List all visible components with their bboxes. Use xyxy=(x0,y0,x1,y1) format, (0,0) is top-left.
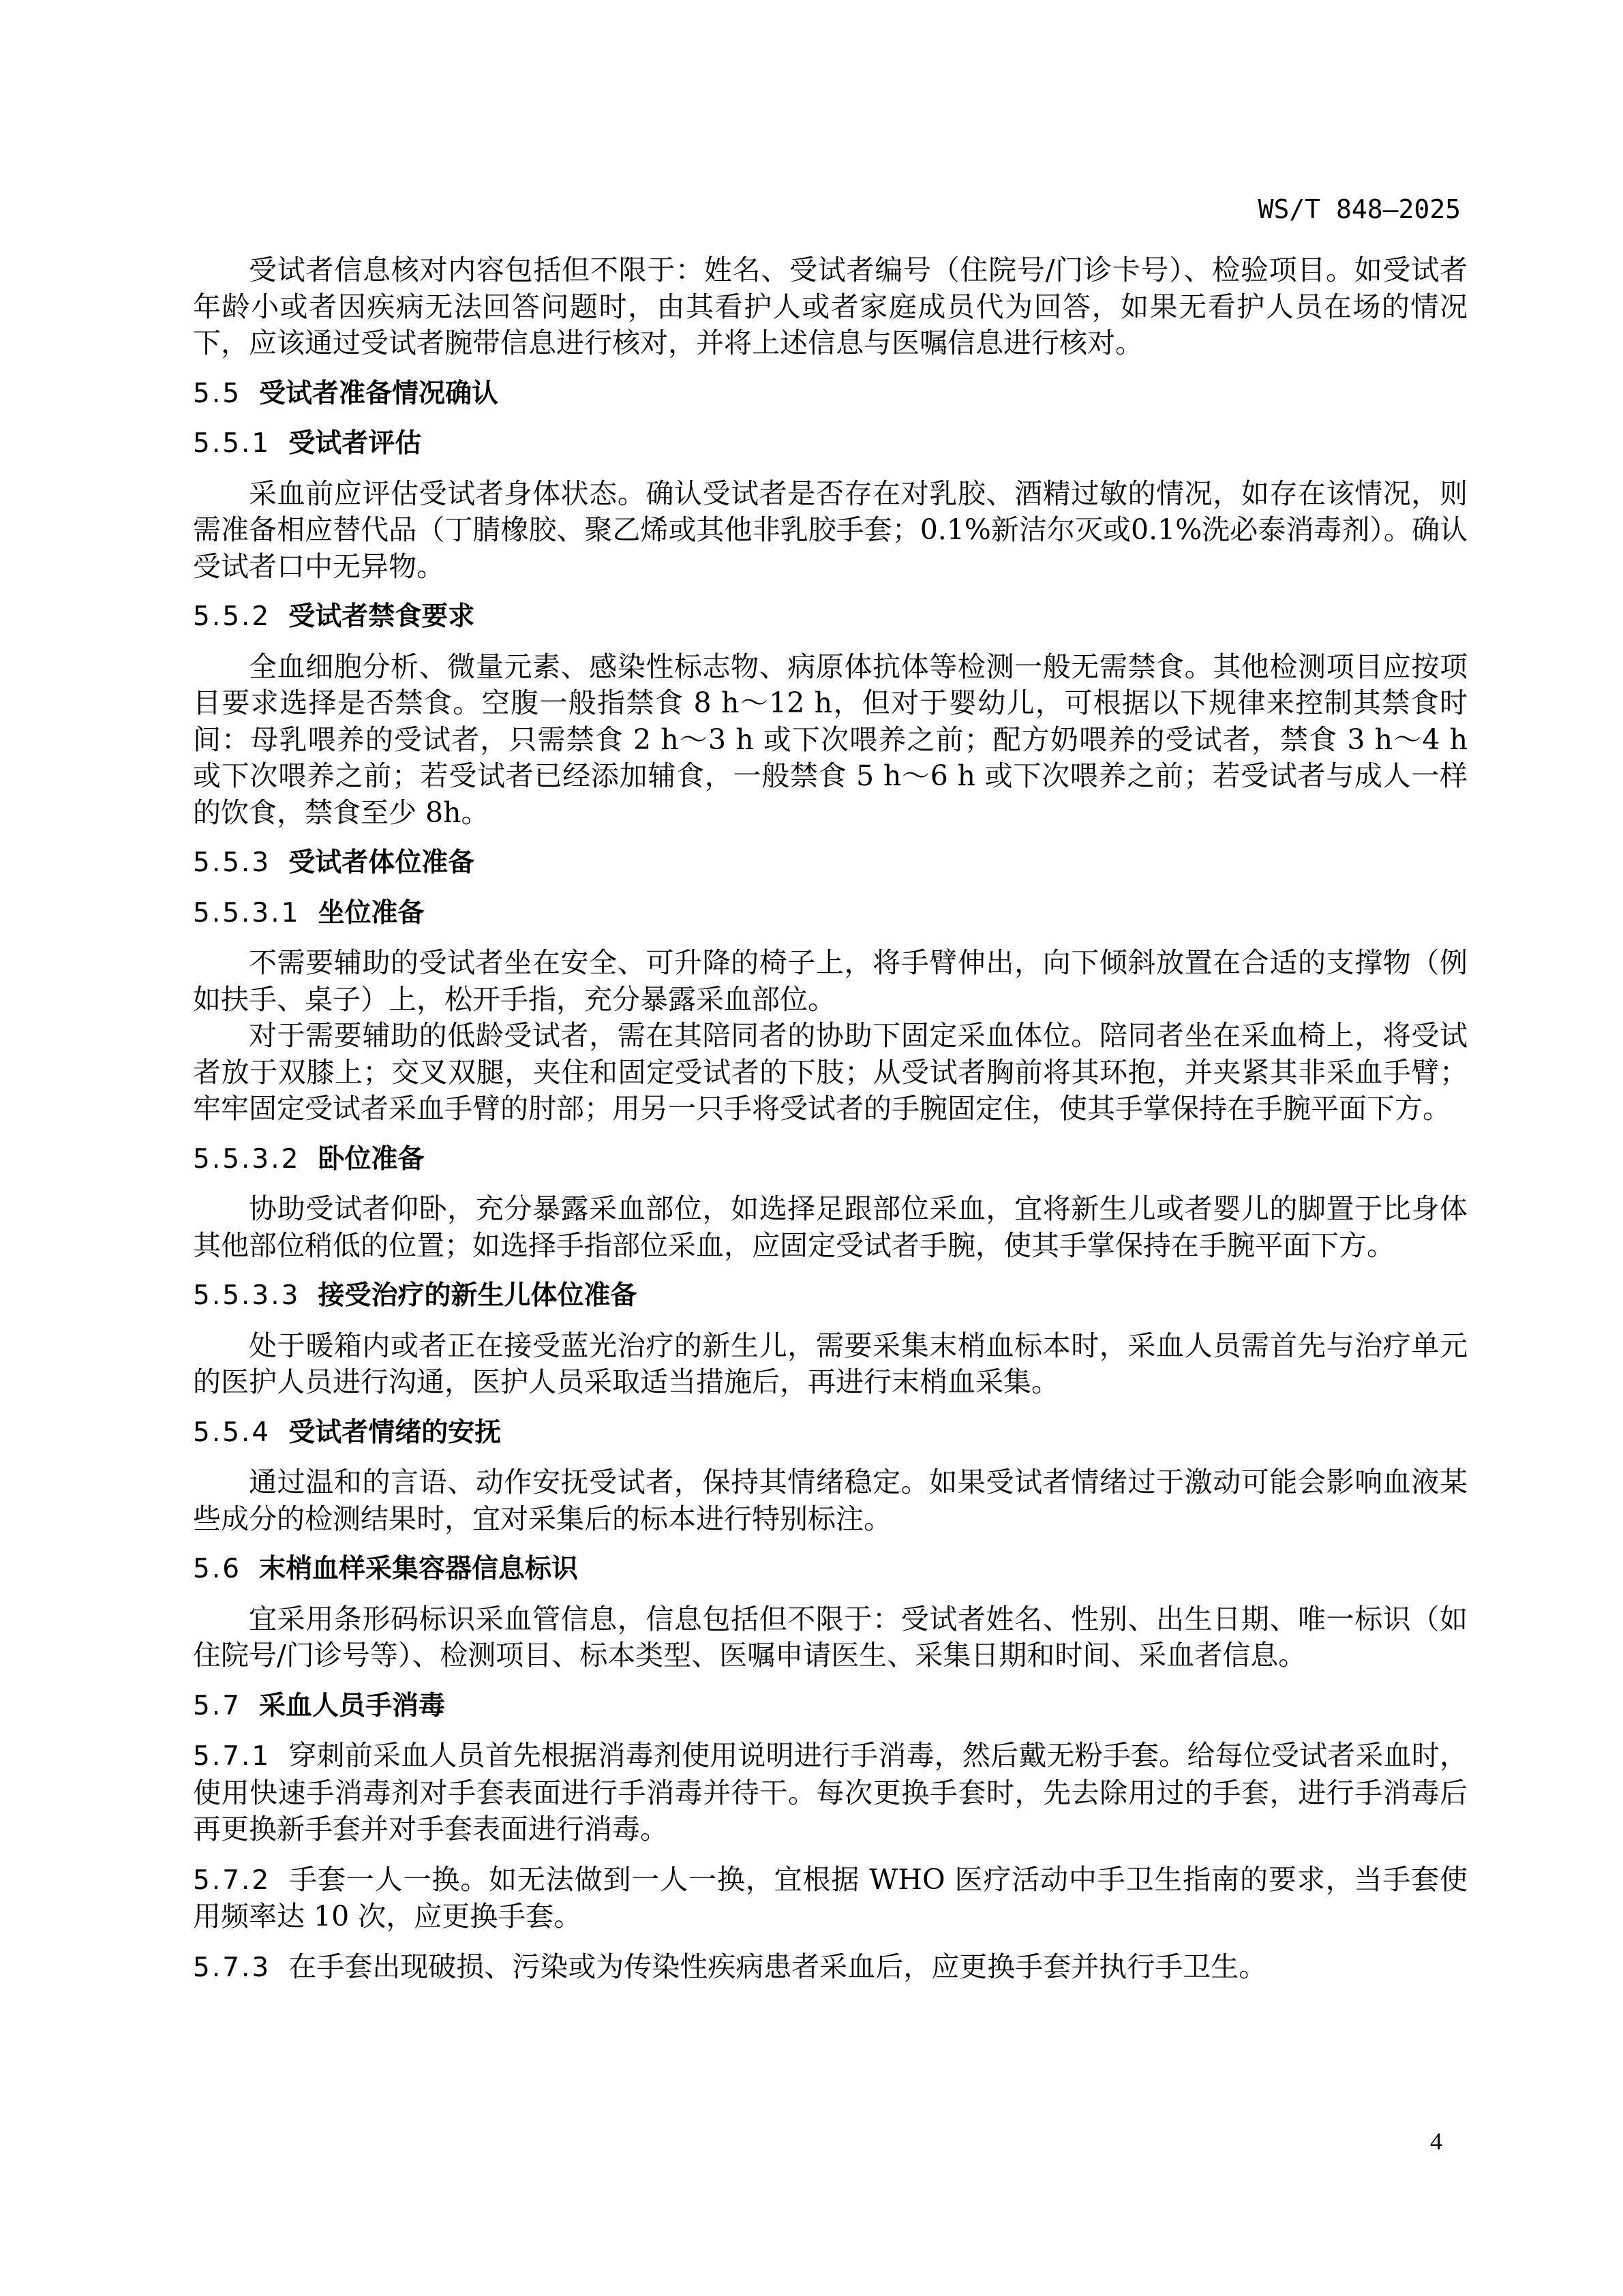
section-heading-5-5-2: 5.5.2受试者禁食要求 xyxy=(193,599,1468,635)
section-number: 5.6 xyxy=(193,1551,241,1588)
section-number: 5.5.2 xyxy=(193,599,271,635)
paragraph-fasting-requirements: 全血细胞分析、微量元素、感染性标志物、病原体抗体等检测一般无需禁食。其他检测项目… xyxy=(193,649,1468,832)
section-number: 5.5.3.3 xyxy=(193,1278,300,1314)
section-heading-5-5-3-2: 5.5.3.2卧位准备 xyxy=(193,1141,1468,1178)
section-heading-5-6: 5.6末梢血样采集容器信息标识 xyxy=(193,1551,1468,1588)
paragraph-emotional-soothing: 通过温和的言语、动作安抚受试者，保持其情绪稳定。如果受试者情绪过于激动可能会影响… xyxy=(193,1464,1468,1537)
section-title: 受试者准备情况确认 xyxy=(259,378,498,409)
paragraph-subject-assessment: 采血前应评估受试者身体状态。确认受试者是否存在对乳胶、酒精过敏的情况，如存在该情… xyxy=(193,476,1468,586)
document-standard-number: WS/T 848—2025 xyxy=(1258,194,1461,224)
clause-5-7-2: 5.7.2手套一人一换。如无法做到一人一换，宜根据 WHO 医疗活动中手卫生指南… xyxy=(193,1862,1468,1935)
section-title: 受试者情绪的安抚 xyxy=(288,1417,501,1448)
section-number: 5.7 xyxy=(193,1688,241,1725)
section-number: 5.5 xyxy=(193,376,241,412)
clause-5-7-1: 5.7.1穿刺前采血人员首先根据消毒剂使用说明进行手消毒，然后戴无粉手套。给每位… xyxy=(193,1738,1468,1848)
paragraph-seated-assisted: 对于需要辅助的低龄受试者，需在其陪同者的协助下固定采血体位。陪同者坐在采血椅上，… xyxy=(193,1018,1468,1128)
section-number: 5.5.1 xyxy=(193,425,271,462)
section-title: 末梢血样采集容器信息标识 xyxy=(259,1554,578,1584)
paragraph-subject-info-check: 受试者信息核对内容包括但不限于：姓名、受试者编号（住院号/门诊卡号）、检验项目。… xyxy=(193,252,1468,362)
section-title: 卧位准备 xyxy=(318,1144,424,1175)
section-title: 采血人员手消毒 xyxy=(259,1691,445,1721)
document-body: 受试者信息核对内容包括但不限于：姓名、受试者编号（住院号/门诊卡号）、检验项目。… xyxy=(193,252,1468,1986)
page-number: 4 xyxy=(1430,2127,1442,2156)
section-heading-5-5-3-1: 5.5.3.1坐位准备 xyxy=(193,895,1468,932)
paragraph-seated-unassisted: 不需要辅助的受试者坐在安全、可升降的椅子上，将手臂伸出，向下倾斜放置在合适的支撑… xyxy=(193,945,1468,1018)
paragraph-supine-position: 协助受试者仰卧，充分暴露采血部位，如选择足跟部位采血，宜将新生儿或者婴儿的脚置于… xyxy=(193,1191,1468,1264)
clause-number: 5.7.1 xyxy=(193,1741,271,1772)
clause-number: 5.7.3 xyxy=(193,1952,271,1983)
section-number: 5.5.4 xyxy=(193,1415,271,1451)
section-number: 5.5.3 xyxy=(193,845,271,881)
section-heading-5-5-1: 5.5.1受试者评估 xyxy=(193,425,1468,462)
clause-text: 穿刺前采血人员首先根据消毒剂使用说明进行手消毒，然后戴无粉手套。给每位受试者采血… xyxy=(193,1739,1468,1845)
clause-text: 在手套出现破损、污染或为传染性疾病患者采血后，应更换手套并执行手卫生。 xyxy=(288,1950,1266,1983)
section-title: 受试者评估 xyxy=(288,428,421,459)
clause-number: 5.7.2 xyxy=(193,1865,271,1896)
clause-text: 手套一人一换。如无法做到一人一换，宜根据 WHO 医疗活动中手卫生指南的要求，当… xyxy=(193,1863,1468,1933)
paragraph-neonate-in-treatment: 处于暖箱内或者正在接受蓝光治疗的新生儿，需要采集末梢血标本时，采血人员需首先与治… xyxy=(193,1328,1468,1401)
section-heading-5-7: 5.7采血人员手消毒 xyxy=(193,1688,1468,1725)
section-heading-5-5-3-3: 5.5.3.3接受治疗的新生儿体位准备 xyxy=(193,1278,1468,1314)
paragraph-container-labeling: 宜采用条形码标识采血管信息，信息包括但不限于：受试者姓名、性别、出生日期、唯一标… xyxy=(193,1601,1468,1674)
section-title: 接受治疗的新生儿体位准备 xyxy=(318,1280,637,1311)
section-heading-5-5-4: 5.5.4受试者情绪的安抚 xyxy=(193,1415,1468,1451)
section-heading-5-5: 5.5受试者准备情况确认 xyxy=(193,376,1468,412)
section-number: 5.5.3.1 xyxy=(193,895,300,932)
section-heading-5-5-3: 5.5.3受试者体位准备 xyxy=(193,845,1468,881)
clause-5-7-3: 5.7.3在手套出现破损、污染或为传染性疾病患者采血后，应更换手套并执行手卫生。 xyxy=(193,1949,1468,1987)
section-number: 5.5.3.2 xyxy=(193,1141,300,1178)
section-title: 受试者禁食要求 xyxy=(288,601,474,632)
section-title: 受试者体位准备 xyxy=(288,847,474,878)
section-title: 坐位准备 xyxy=(318,898,424,928)
